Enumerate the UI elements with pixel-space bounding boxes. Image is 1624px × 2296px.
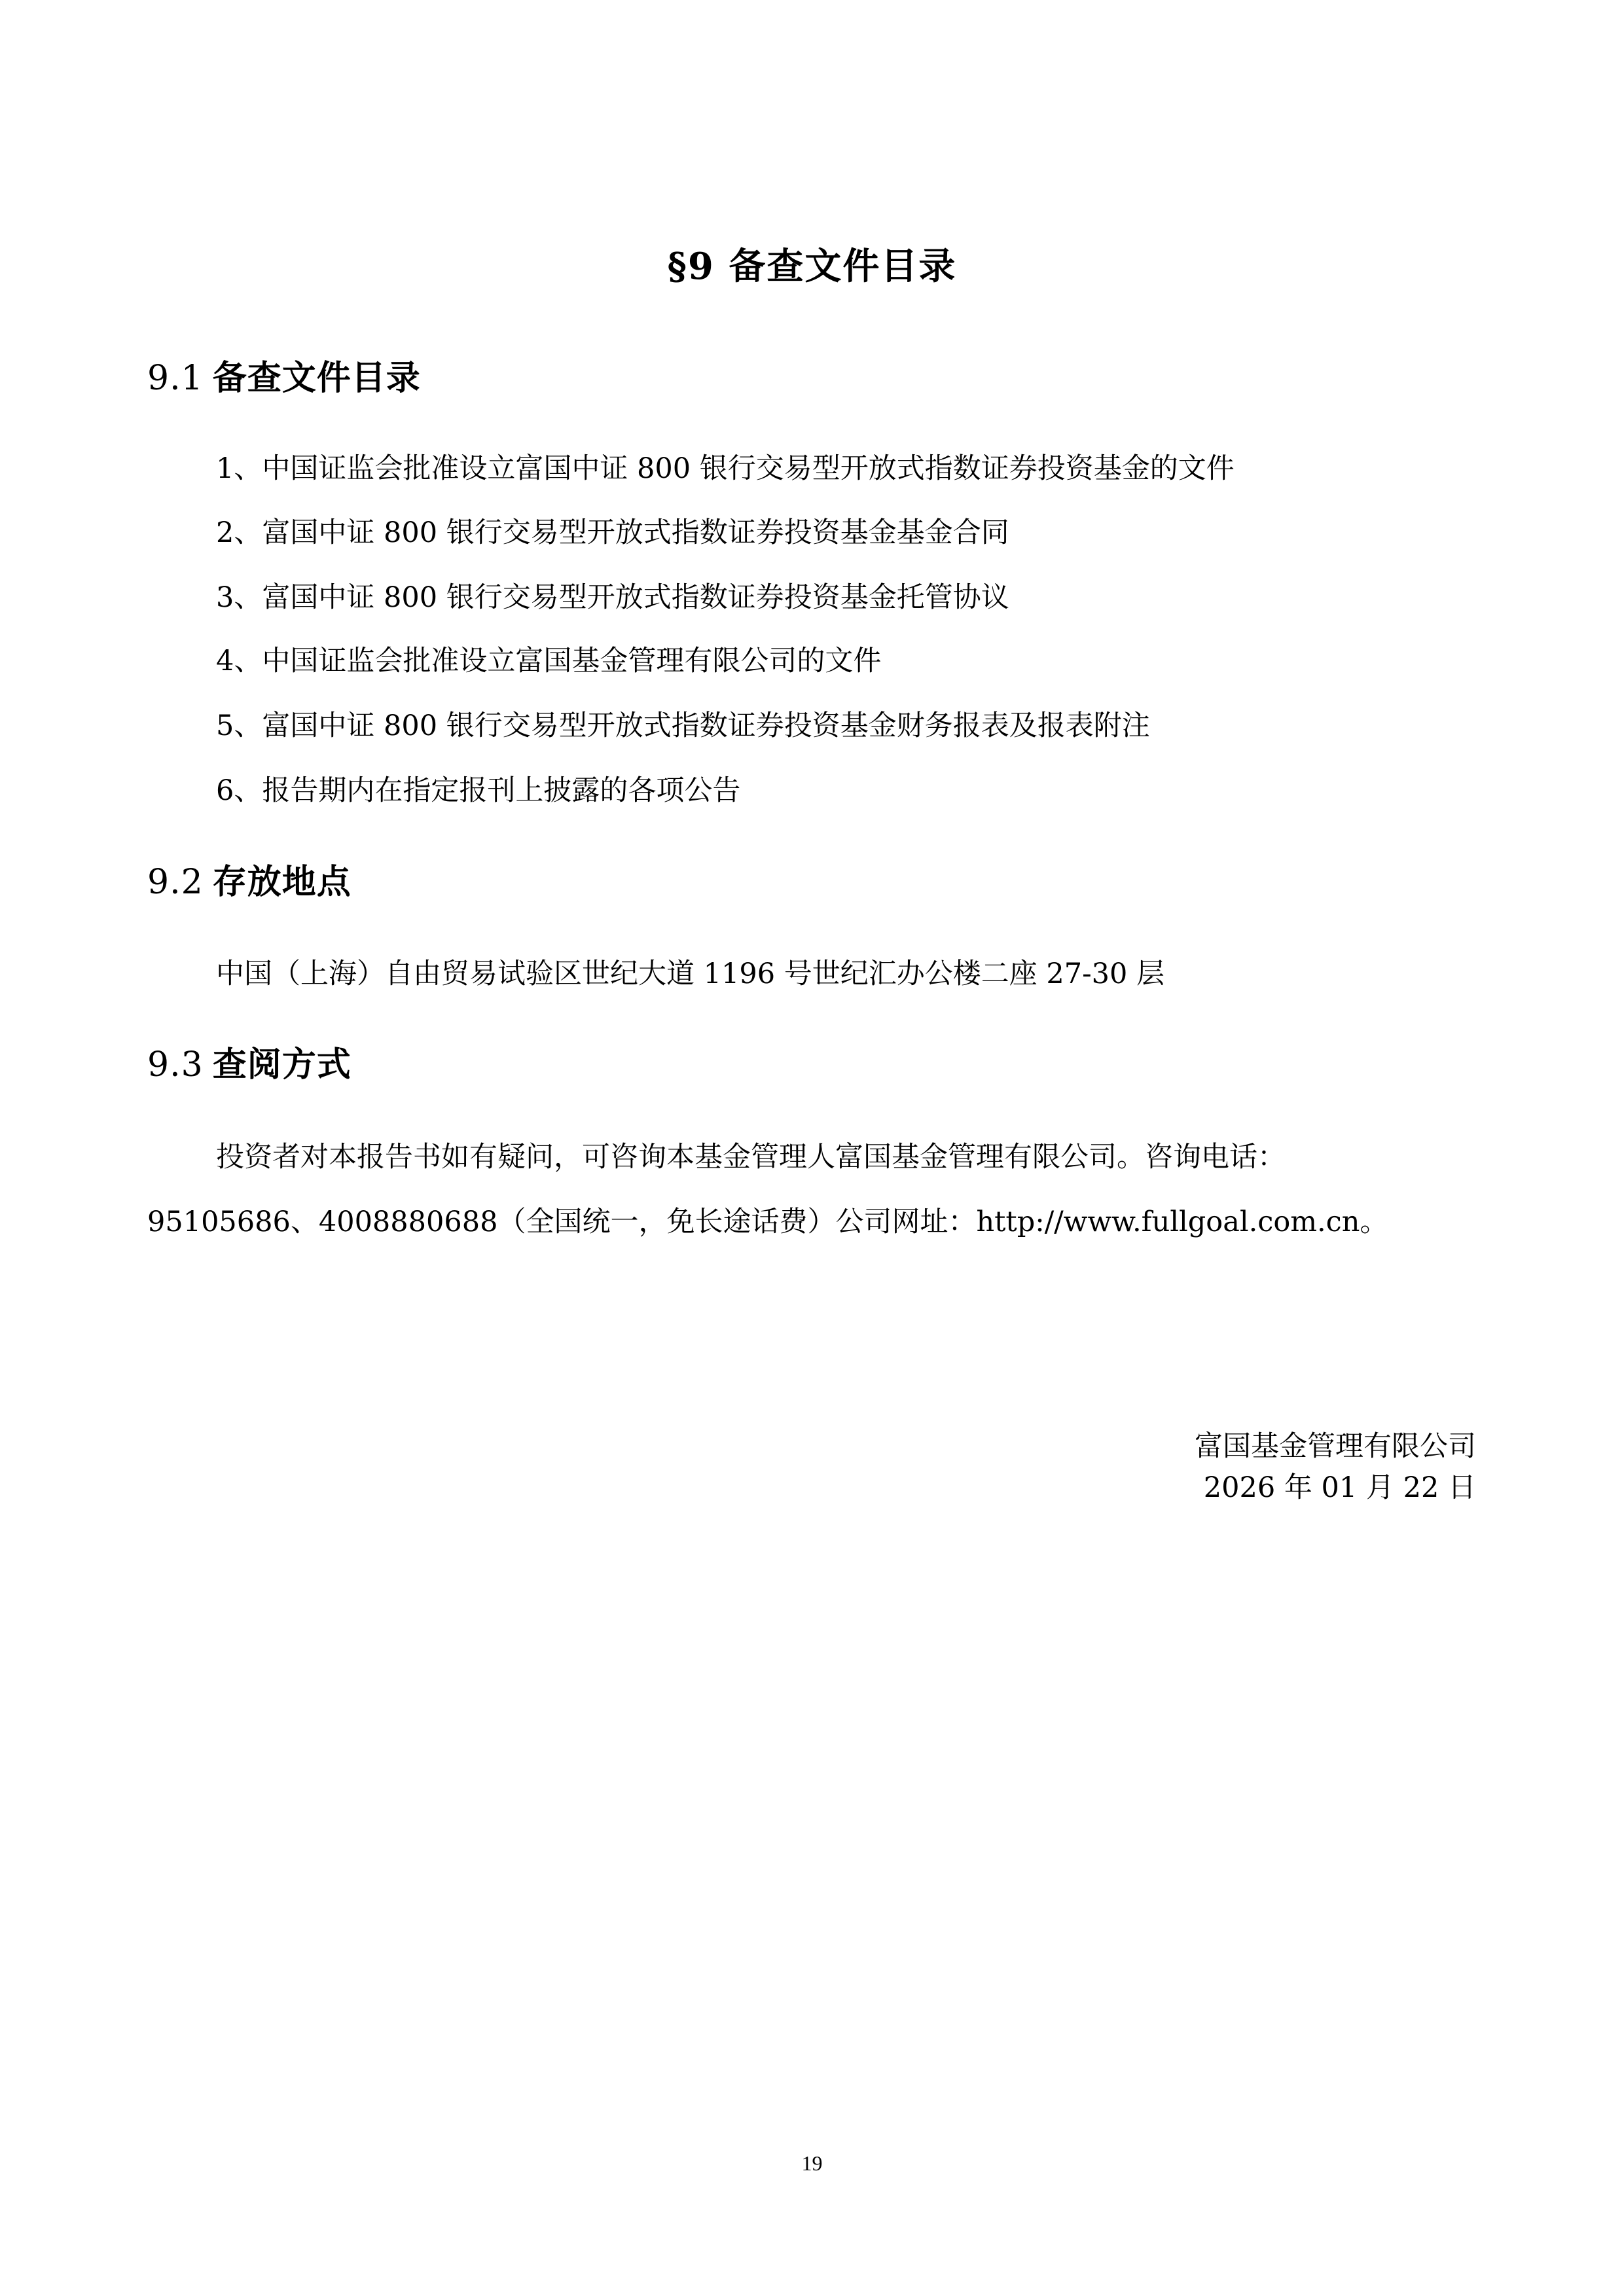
document-page: §9 备查文件目录 9.1备查文件目录 1、中国证监会批准设立富国中证 800 … bbox=[0, 0, 1624, 2296]
signature-company: 富国基金管理有限公司 bbox=[1195, 1428, 1476, 1465]
list-item: 2、富国中证 800 银行交易型开放式指数证券投资基金基金合同 bbox=[216, 514, 1009, 551]
subsection-heading-9-2: 9.2存放地点 bbox=[147, 861, 352, 904]
inquiry-paragraph-line-1: 投资者对本报告书如有疑问，可咨询本基金管理人富国基金管理有限公司。咨询电话： bbox=[216, 1139, 1286, 1175]
storage-address: 中国（上海）自由贸易试验区世纪大道 1196 号世纪汇办公楼二座 27-30 层 bbox=[216, 956, 1164, 992]
list-item: 1、中国证监会批准设立富国中证 800 银行交易型开放式指数证券投资基金的文件 bbox=[216, 450, 1235, 487]
subsection-title: 备查文件目录 bbox=[213, 358, 421, 398]
subsection-number: 9.1 bbox=[147, 359, 204, 398]
page-number: 19 bbox=[0, 2150, 1624, 2176]
list-item: 6、报告期内在指定报刊上披露的各项公告 bbox=[216, 772, 740, 809]
list-item: 3、富国中证 800 银行交易型开放式指数证券投资基金托管协议 bbox=[216, 579, 1009, 616]
subsection-number: 9.2 bbox=[147, 863, 204, 902]
subsection-title: 查阅方式 bbox=[213, 1045, 352, 1085]
list-item: 5、富国中证 800 银行交易型开放式指数证券投资基金财务报表及报表附注 bbox=[216, 708, 1150, 744]
inquiry-paragraph-line-2: 95105686、4008880688（全国统一，免长途话费）公司网址：http… bbox=[147, 1204, 1388, 1240]
subsection-title: 存放地点 bbox=[213, 862, 352, 902]
section-title: §9 备查文件目录 bbox=[0, 243, 1624, 289]
subsection-number: 9.3 bbox=[147, 1045, 204, 1085]
list-item: 4、中国证监会批准设立富国基金管理有限公司的文件 bbox=[216, 643, 881, 679]
subsection-heading-9-3: 9.3查阅方式 bbox=[147, 1043, 352, 1086]
signature-date: 2026 年 01 月 22 日 bbox=[1204, 1469, 1476, 1506]
subsection-heading-9-1: 9.1备查文件目录 bbox=[147, 357, 421, 400]
